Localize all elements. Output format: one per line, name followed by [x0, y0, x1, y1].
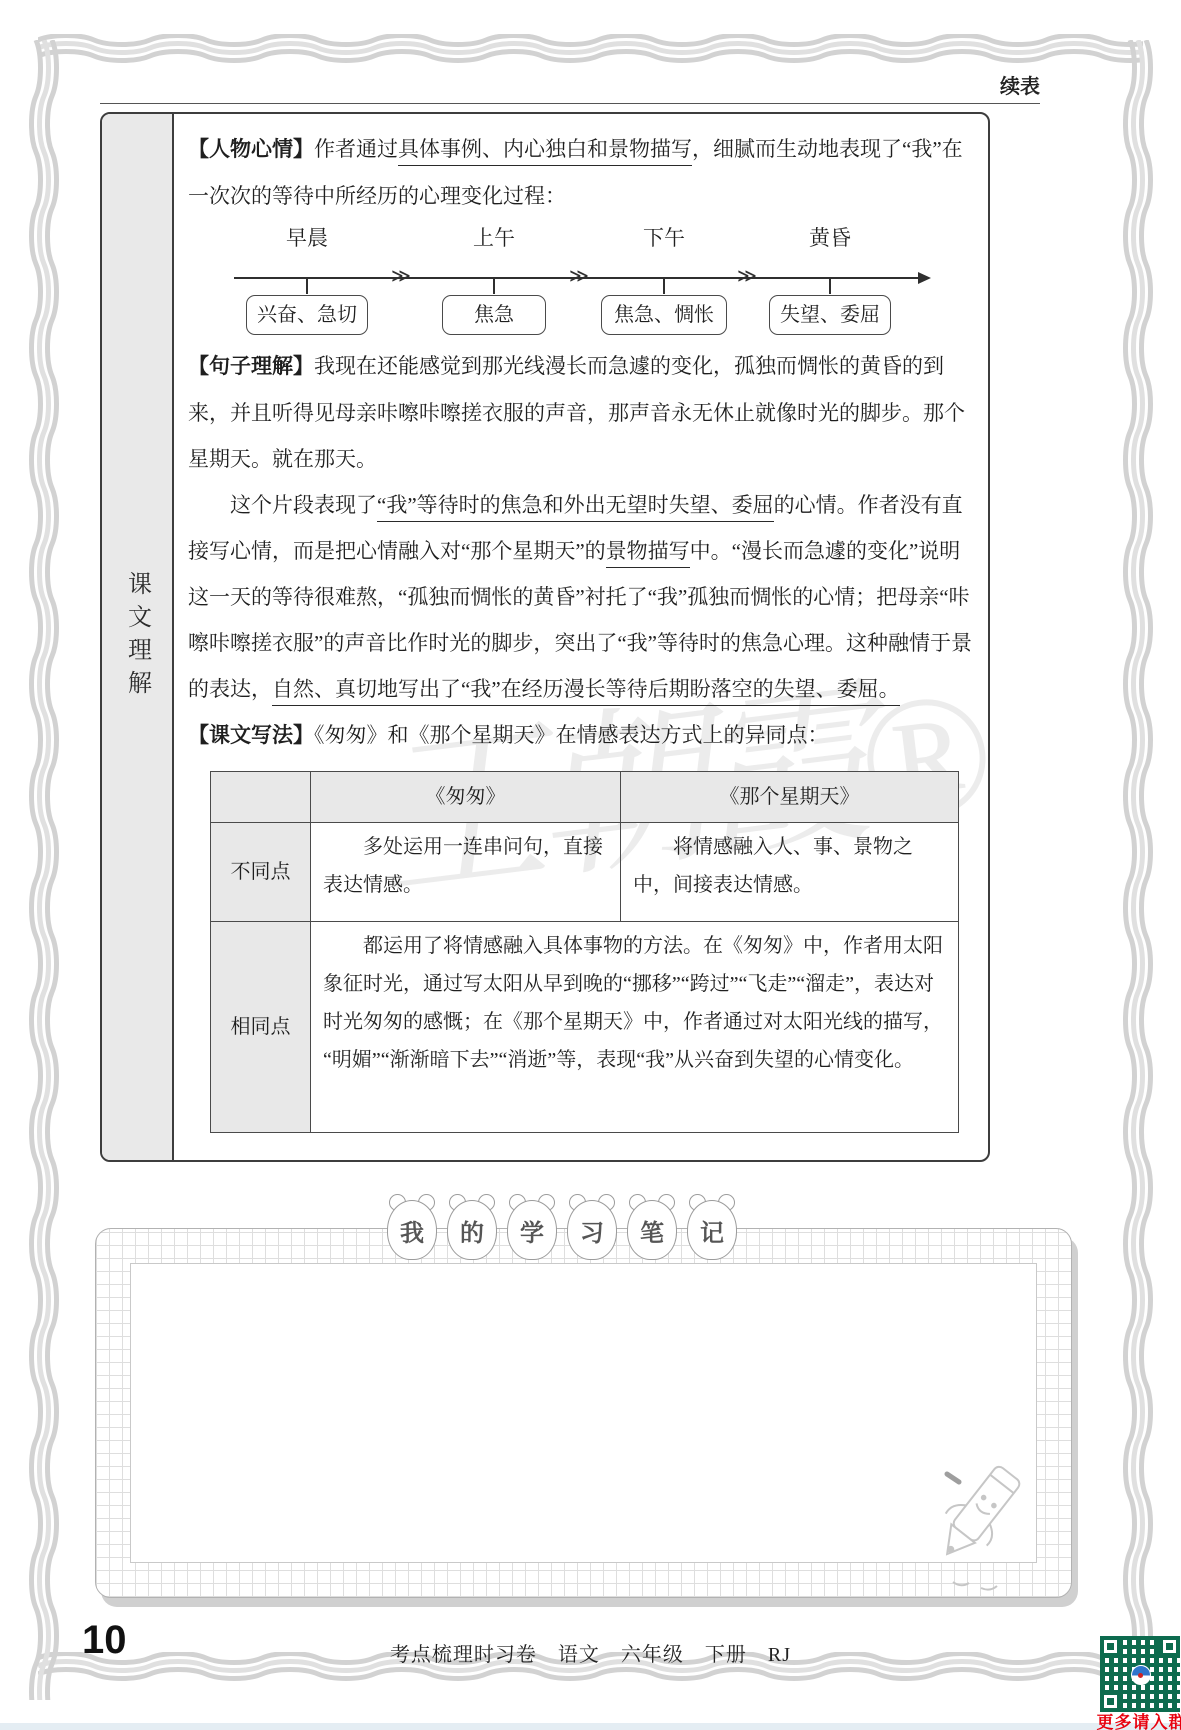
paragraph-analysis: 这个片段表现了“我”等待时的焦急和外出无望时失望、委屈的心情。作者没有直接写心情… [188, 482, 972, 712]
table-header-congcong: 《匆匆》 [311, 772, 621, 823]
table-corner-cell [211, 772, 311, 823]
timeline-mood-box: 失望、委屈 [769, 295, 891, 335]
timeline-tick [663, 279, 665, 294]
lesson-content: 【人物心情】作者通过具体事例、内心独白和景物描写，细腻而生动地表现了“我”在一次… [174, 114, 988, 1160]
table-header-nagexingqitian: 《那个星期天》 [621, 772, 959, 823]
bear-bubble: 的 [447, 1200, 497, 1260]
bear-char: 的 [460, 1213, 484, 1248]
bear-char: 笔 [640, 1213, 664, 1248]
bear-bubble: 笔 [627, 1200, 677, 1260]
qr-center-mascot-icon [1131, 1665, 1151, 1685]
footer-book-title: 考点梳理时习卷 语文 六年级 下册 RJ [0, 1638, 1181, 1667]
timeline-tick [829, 279, 831, 294]
notes-title-bears: 我 的 学 习 笔 记 [387, 1200, 737, 1260]
timeline-stage-time: 下午 [643, 223, 685, 253]
wave-border-right [1120, 40, 1154, 1640]
timeline-stage-time: 早晨 [286, 223, 328, 253]
continued-table-label: 续表 [940, 70, 1040, 99]
cell-nagexingqitian-diff: 将情感融入人、事、景物之中，间接表达情感。 [621, 823, 959, 922]
row-label: 相同点 [211, 922, 311, 1133]
bear-bubble: 习 [567, 1200, 617, 1260]
bear-char: 学 [520, 1213, 544, 1248]
mood-timeline-diagram: ≫ ≫ ≫ 早晨 上午 下午 黄昏 兴奋、急切 焦急 焦急、惆怅 失望、委屈 [188, 221, 972, 343]
timeline-stage-time: 黄昏 [809, 223, 851, 253]
timeline-tick [493, 279, 495, 294]
arrow-separator-icon: ≫ [737, 264, 757, 290]
bear-char: 我 [400, 1213, 424, 1248]
wave-border-left [26, 40, 60, 1700]
table-row-similarities: 相同点 都运用了将情感融入具体事物的方法。在《匆匆》中，作者用太阳象征时光，通过… [211, 922, 959, 1133]
section-sidebar: 课文理解 [102, 114, 174, 1160]
page-edge-strip [0, 1723, 1181, 1730]
cell-text: 将情感融入人、事、景物之中，间接表达情感。 [633, 828, 946, 904]
paragraph-juzi: 【句子理解】我现在还能感觉到那光线漫长而急遽的变化，孤独而惆怅的黄昏的到来，并且… [188, 343, 972, 482]
lesson-content-box: 课文理解 【人物心情】作者通过具体事例、内心独白和景物描写，细腻而生动地表现了“… [100, 112, 990, 1162]
timeline-mood-box: 焦急 [442, 295, 546, 335]
cell-congcong-diff: 多处运用一连串问句，直接表达情感。 [311, 823, 621, 922]
bear-char: 习 [580, 1213, 604, 1248]
qr-caption: 更多请入群 [1094, 1708, 1181, 1730]
pencil-mascot [895, 1442, 1055, 1602]
wave-border-top [38, 34, 1143, 66]
section-tag-xiefa: 【课文写法】 [188, 724, 314, 747]
comparison-table: 《匆匆》 《那个星期天》 不同点 多处运用一连串问句，直接表达情感。 将情感融入… [210, 771, 959, 1133]
section-tag-renwu: 【人物心情】 [188, 138, 314, 161]
bear-bubble: 记 [687, 1200, 737, 1260]
timeline-mood-box: 兴奋、急切 [246, 295, 368, 335]
cell-text: 多处运用一连串问句，直接表达情感。 [323, 828, 608, 904]
row-label: 不同点 [211, 823, 311, 922]
qr-finder-icon [1100, 1636, 1121, 1657]
timeline-tick [306, 279, 308, 294]
paragraph-renwu: 【人物心情】作者通过具体事例、内心独白和景物描写，细腻而生动地表现了“我”在一次… [188, 126, 972, 219]
cell-text: 都运用了将情感融入具体事物的方法。在《匆匆》中，作者用太阳象征时光，通过写太阳从… [323, 927, 946, 1079]
timeline-stage-time: 上午 [473, 223, 515, 253]
header-rule [100, 103, 1040, 104]
qr-code [1100, 1636, 1180, 1712]
bear-char: 记 [700, 1213, 724, 1248]
paragraph-xiefa: 【课文写法】《匆匆》和《那个星期天》在情感表达方式上的异同点： [188, 712, 972, 759]
bear-bubble: 我 [387, 1200, 437, 1260]
arrow-separator-icon: ≫ [391, 264, 411, 290]
timeline-arrowhead-icon [918, 272, 931, 284]
bear-bubble: 学 [507, 1200, 557, 1260]
sidebar-label: 课文理解 [120, 571, 155, 703]
table-row-differences: 不同点 多处运用一连串问句，直接表达情感。 将情感融入人、事、景物之中，间接表达… [211, 823, 959, 922]
xiefa-text: 《匆匆》和《那个星期天》在情感表达方式上的异同点： [314, 723, 829, 747]
arrow-separator-icon: ≫ [569, 264, 589, 290]
timeline-mood-box: 焦急、惆怅 [601, 295, 727, 335]
workbook-page: 续表 王朝霞® 课文理解 【人物心情】作者通过具体事例、内心独白和景物描写，细腻… [0, 0, 1181, 1730]
cell-similarities: 都运用了将情感融入具体事物的方法。在《匆匆》中，作者用太阳象征时光，通过写太阳从… [311, 922, 959, 1133]
qr-finder-icon [1159, 1636, 1180, 1657]
section-tag-juzi: 【句子理解】 [188, 355, 314, 378]
table-header-row: 《匆匆》 《那个星期天》 [211, 772, 959, 823]
